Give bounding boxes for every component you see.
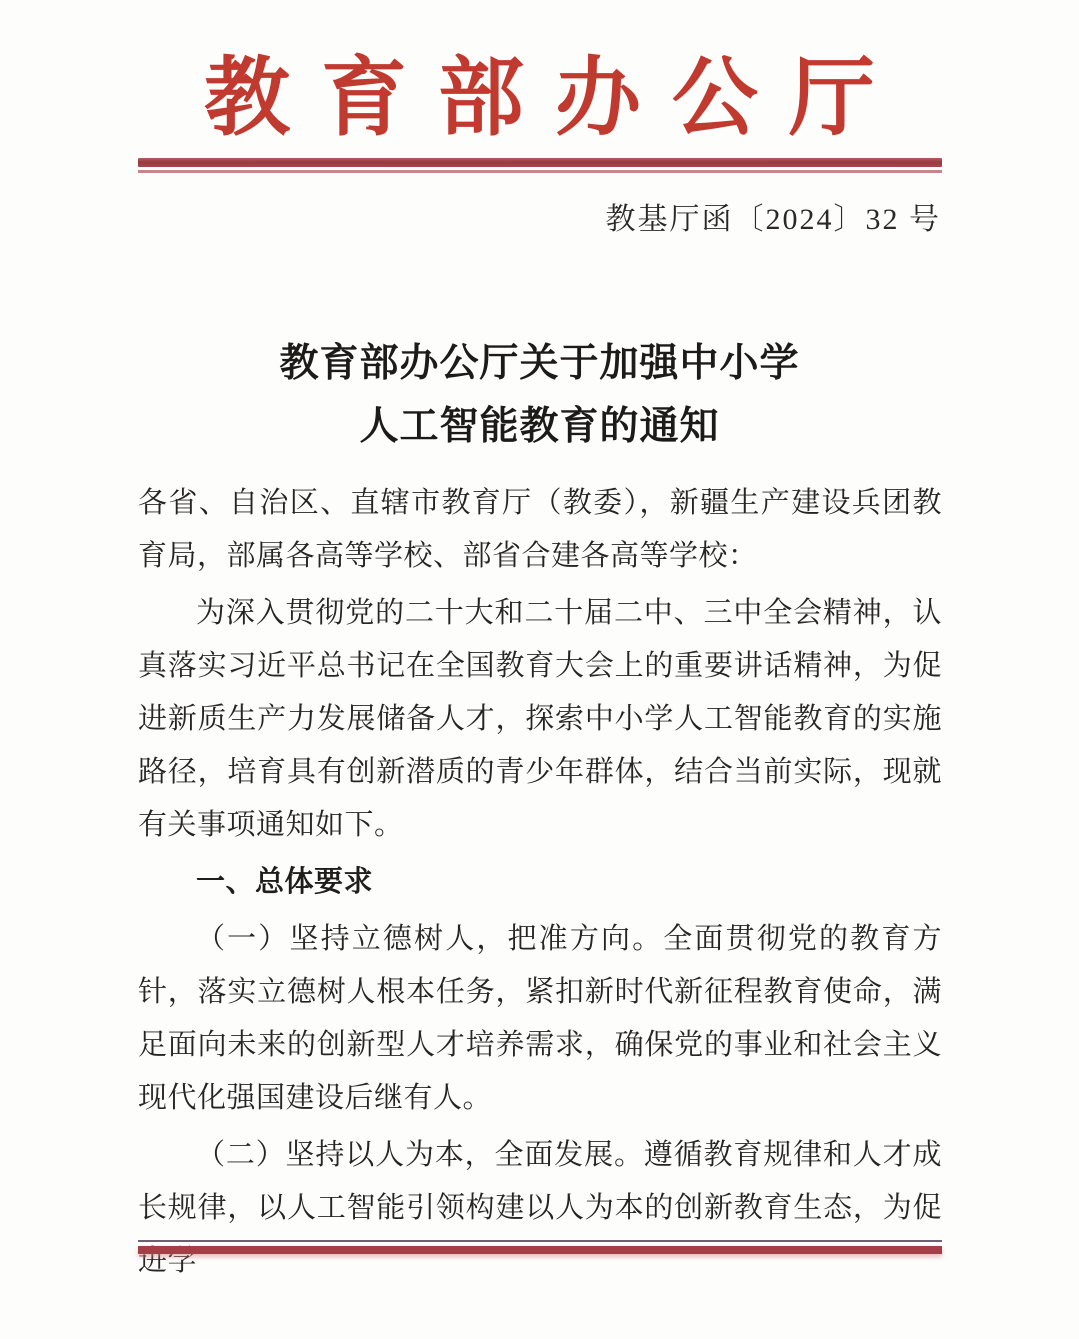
document-page: 教育部办公厅 教基厅函〔2024〕32 号 教育部办公厅关于加强中小学 人工智能… [0, 0, 1079, 1339]
footer-rule [138, 1240, 942, 1254]
letterhead-title: 教育部办公厅 [0, 46, 1079, 150]
document-title-line2: 人工智能教育的通知 [0, 395, 1079, 458]
document-title-line1: 教育部办公厅关于加强中小学 [0, 332, 1079, 395]
section-1-heading: 一、总体要求 [138, 856, 942, 909]
document-number: 教基厅函〔2024〕32 号 [606, 200, 942, 240]
header-rule-thin [138, 170, 942, 173]
document-body: 各省、自治区、直辖市教育厅（教委），新疆生产建设兵团教育局，部属各高等学校、部省… [138, 477, 942, 1288]
salutation: 各省、自治区、直辖市教育厅（教委），新疆生产建设兵团教育局，部属各高等学校、部省… [138, 477, 942, 583]
section-1-item-1: （一）坚持立德树人，把准方向。全面贯彻党的教育方针，落实立德树人根本任务，紧扣新… [138, 913, 942, 1125]
footer-rule-thick [138, 1246, 942, 1254]
intro-paragraph: 为深入贯彻党的二十大和二十届二中、三中全会精神，认真落实习近平总书记在全国教育大… [138, 587, 942, 852]
header-rule [138, 158, 942, 173]
section-1-item-2: （二）坚持以人为本，全面发展。遵循教育规律和人才成长规律，以人工智能引领构建以人… [138, 1129, 942, 1288]
header-rule-thick [138, 158, 942, 167]
document-title: 教育部办公厅关于加强中小学 人工智能教育的通知 [0, 332, 1079, 458]
